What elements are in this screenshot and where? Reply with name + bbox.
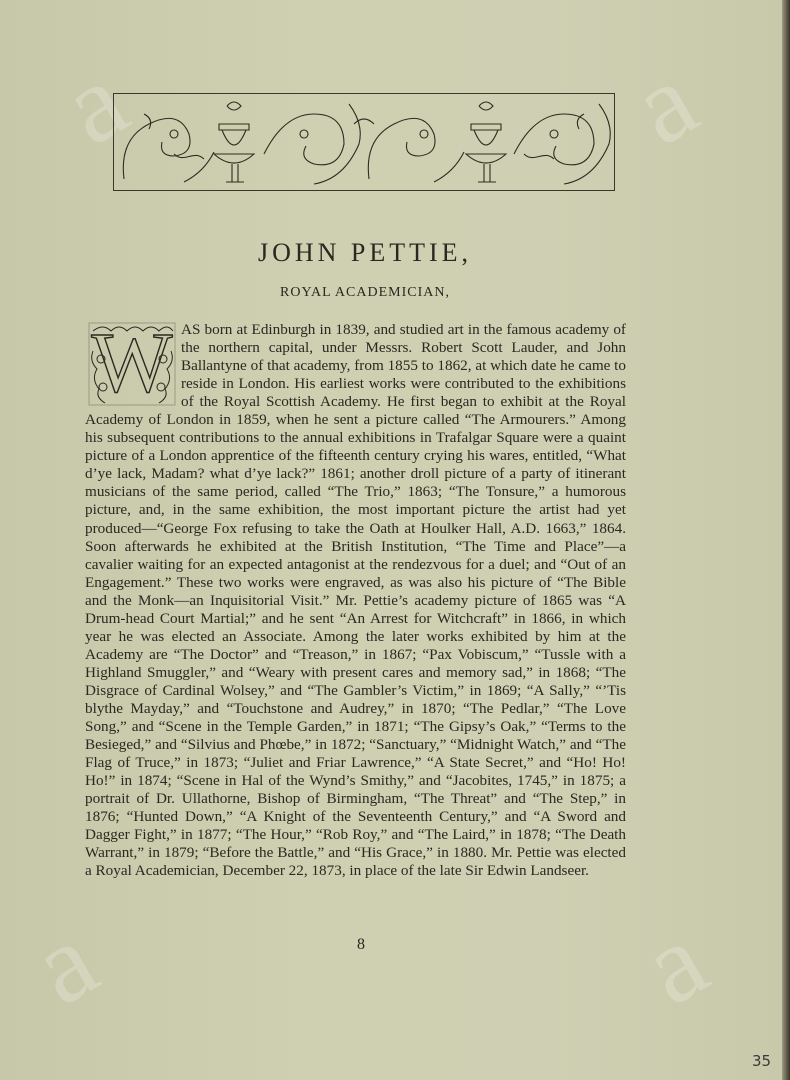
watermark: a (12, 896, 118, 1030)
pencil-annotation: 35 (752, 1052, 771, 1070)
page-edge (782, 0, 790, 1080)
article-title: JOHN PETTIE, (0, 238, 730, 268)
watermark: a (612, 36, 718, 170)
ornamental-headpiece (113, 93, 615, 191)
book-page: a a a a (0, 0, 782, 1080)
initial-letter: W (87, 317, 177, 407)
article-subtitle: ROYAL ACADEMICIAN, (0, 285, 730, 301)
decorative-initial: W (87, 321, 177, 407)
scroll-ornament-icon (114, 94, 614, 190)
page-number: 8 (0, 936, 722, 954)
biography-paragraph: W AS born at Edinburgh in 1839, and stud… (85, 321, 626, 880)
watermark: a (622, 896, 728, 1030)
